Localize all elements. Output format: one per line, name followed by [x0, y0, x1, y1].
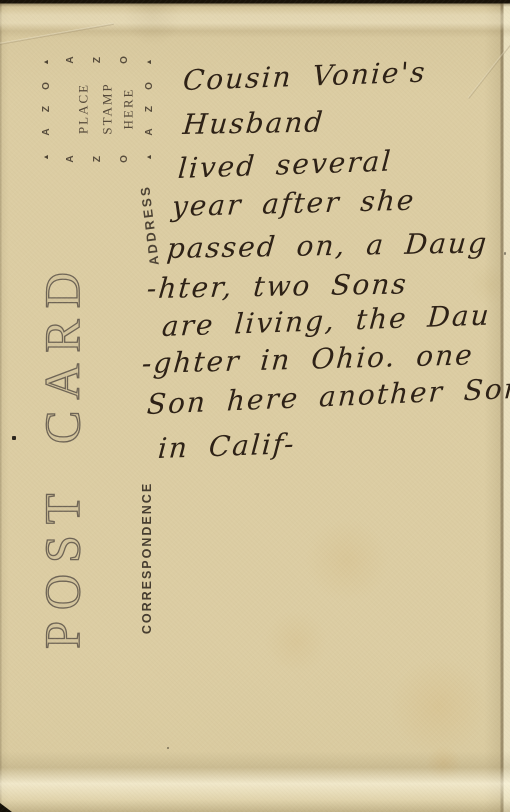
ink-speck — [167, 747, 169, 749]
message-line: are living, the Dau — [161, 298, 492, 343]
message-line: Husband — [182, 106, 326, 142]
message-line: in Calif- — [157, 427, 297, 465]
postcard-back: ▲ ▲ ▲ ▲ O Z A O Z A A Z O A Z O PLACE ST… — [0, 0, 510, 812]
message-line: year after she — [171, 184, 417, 223]
message-line: -ghter in Ohio. one — [141, 338, 475, 380]
message-line: passed on, a Daug — [166, 226, 490, 265]
message-line: -hter, two Sons — [146, 267, 410, 305]
message-line: lived several — [177, 144, 394, 185]
message-line: Son here another Son — [146, 371, 510, 421]
ink-speck — [12, 436, 16, 440]
message-line: Cousin Vonie's — [182, 55, 428, 97]
corner-shadow — [0, 803, 12, 812]
handwritten-message: Cousin Vonie's Husband lived several yea… — [0, 0, 510, 812]
ink-speck — [504, 252, 506, 255]
